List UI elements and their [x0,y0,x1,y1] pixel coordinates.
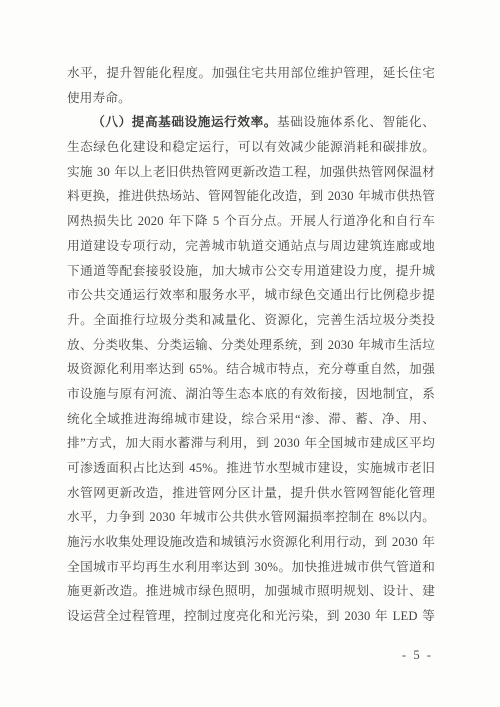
text-line: 水平，提升智能化程度。加强住宅共用部位维护管理，延长住宅 [67,61,435,86]
body-text: 可渗透面积占比达到 45%。推进节水型城市建设，实施城市老旧供 [67,461,435,481]
body-text: 市设施与原有河流、湖泊等生态本底的有效衔接，因地制宜，系 [67,387,435,401]
text-line: 设运营全过程管理，控制过度亮化和光污染，到 2030 年 LED 等高 [67,604,435,629]
text-line: 料更换，推进供热场站、管网智能化改造，到 2030 年城市供热管 [67,184,435,209]
text-line: 放、分类收集、分类运输、分类处理系统，到 2030 年城市生活垃 [67,333,435,358]
body-text: 圾资源化利用率达到 65%。结合城市特点，充分尊重自然，加强城 [67,362,435,382]
body-text: 施更新改造。推进城市绿色照明，加强城市照明规划、设计、建 [67,584,435,598]
body-text: 市公共交通运行效率和服务水平，城市绿色交通出行比例稳步提 [67,288,435,302]
body-text: 施污水收集处理设施改造和城镇污水资源化利用行动，到 2030 年 [67,535,435,549]
text-line: 排”方式，加大雨水蓄滞与利用，到 2030 年全国城市建成区平均 [67,431,435,456]
text-line: 市设施与原有河流、湖泊等生态本底的有效衔接，因地制宜，系 [67,382,435,407]
text-line: 市公共交通运行效率和服务水平，城市绿色交通出行比例稳步提 [67,283,435,308]
text-line: （八）提高基础设施运行效率。基础设施体系化、智能化、 [67,110,435,135]
text-line: 施污水收集处理设施改造和城镇污水资源化利用行动，到 2030 年 [67,530,435,555]
text-line: 可渗透面积占比达到 45%。推进节水型城市建设，实施城市老旧供 [67,456,435,481]
body-text: 水平，力争到 2030 年城市公共供水管网漏损率控制在 8%以内。实 [67,510,435,530]
text-line: 统化全域推进海绵城市建设，综合采用“渗、滞、蓄、净、用、 [67,407,435,432]
body-text: 实施 30 年以上老旧供热管网更新改造工程，加强供热管网保温材 [67,165,435,179]
document-body: 水平，提升智能化程度。加强住宅共用部位维护管理，延长住宅使用寿命。（八）提高基础… [67,61,435,629]
body-text: 升。全面推行垃圾分类和减量化、资源化，完善生活垃圾分类投 [67,313,435,327]
text-line: 使用寿命。 [67,86,435,111]
body-text: 排”方式，加大雨水蓄滞与利用，到 2030 年全国城市建成区平均 [67,436,435,450]
text-line: 网热损失比 2020 年下降 5 个百分点。开展人行道净化和自行车专 [67,209,435,234]
body-text: 水管网更新改造，推进管网分区计量，提升供水管网智能化管理 [67,486,435,500]
body-text: 基础设施体系化、智能化、 [277,115,435,129]
page-number: - 5 - [67,643,433,668]
body-text: 用道建设专项行动，完善城市轨道交通站点与周边建筑连廊或地 [67,239,435,253]
body-text: 水平，提升智能化程度。加强住宅共用部位维护管理，延长住宅 [67,66,435,80]
text-line: 全国城市平均再生水利用率达到 30%。加快推进城市供气管道和设 [67,555,435,580]
text-line: 水平，力争到 2030 年城市公共供水管网漏损率控制在 8%以内。实 [67,505,435,530]
document-page: 水平，提升智能化程度。加强住宅共用部位维护管理，延长住宅使用寿命。（八）提高基础… [0,0,500,707]
body-text: 统化全域推进海绵城市建设，综合采用“渗、滞、蓄、净、用、 [67,412,435,426]
text-line: 水管网更新改造，推进管网分区计量，提升供水管网智能化管理 [67,481,435,506]
text-line: 用道建设专项行动，完善城市轨道交通站点与周边建筑连廊或地 [67,234,435,259]
body-text: 网热损失比 2020 年下降 5 个百分点。开展人行道净化和自行车专 [67,214,435,234]
text-line: 实施 30 年以上老旧供热管网更新改造工程，加强供热管网保温材 [67,160,435,185]
body-text: 全国城市平均再生水利用率达到 30%。加快推进城市供气管道和设 [67,560,435,580]
text-line: 下通道等配套接驳设施，加大城市公交专用道建设力度，提升城 [67,259,435,284]
text-line: 生态绿色化建设和稳定运行，可以有效减少能源消耗和碳排放。 [67,135,435,160]
body-text: 料更换，推进供热场站、管网智能化改造，到 2030 年城市供热管 [67,189,435,203]
text-line: 升。全面推行垃圾分类和减量化、资源化，完善生活垃圾分类投 [67,308,435,333]
body-text: 生态绿色化建设和稳定运行，可以有效减少能源消耗和碳排放。 [67,140,435,154]
section-heading: （八）提高基础设施运行效率。 [92,115,277,129]
text-line: 施更新改造。推进城市绿色照明，加强城市照明规划、设计、建 [67,579,435,604]
body-text: 使用寿命。 [67,91,131,105]
body-text: 设运营全过程管理，控制过度亮化和光污染，到 2030 年 LED 等高 [67,609,435,629]
text-line: 圾资源化利用率达到 65%。结合城市特点，充分尊重自然，加强城 [67,357,435,382]
body-text: 下通道等配套接驳设施，加大城市公交专用道建设力度，提升城 [67,264,435,278]
body-text: 放、分类收集、分类运输、分类处理系统，到 2030 年城市生活垃 [67,338,435,352]
